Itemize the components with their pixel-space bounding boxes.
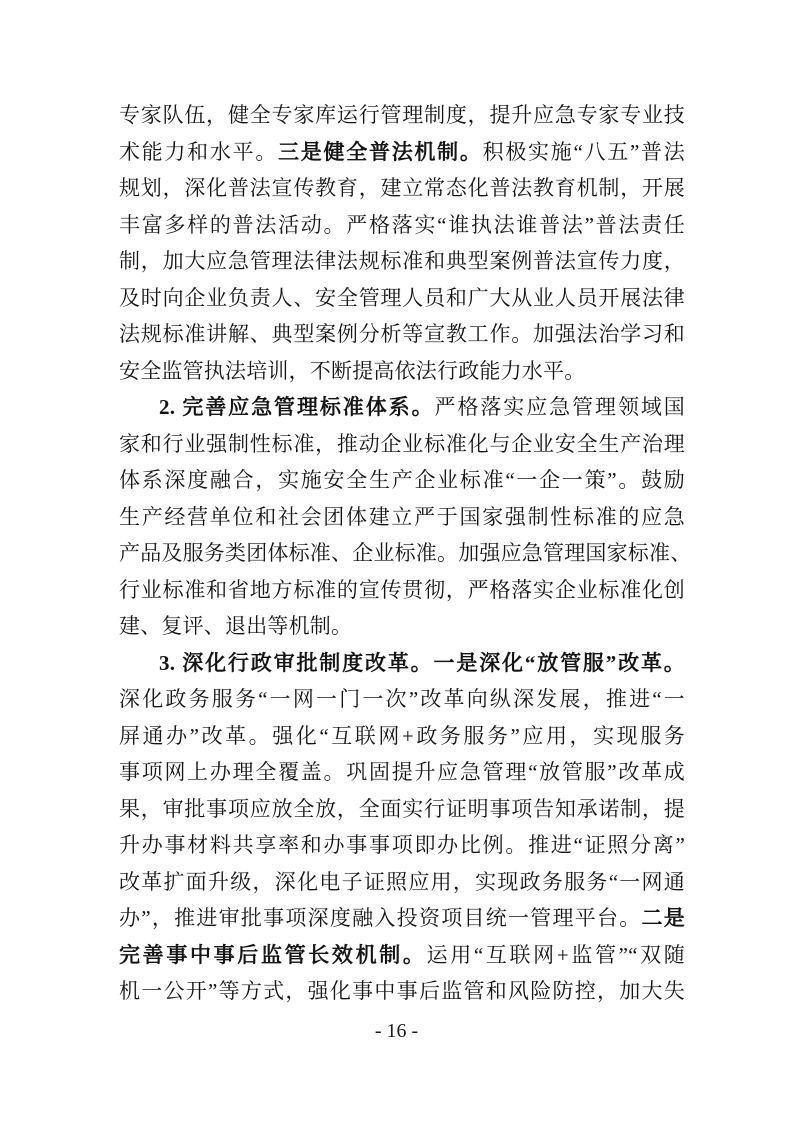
page-number: - 16 - bbox=[0, 1019, 793, 1043]
bold-text-run: 三是健全普法机制。 bbox=[278, 140, 483, 164]
text-line: 体系深度融合，实施安全生产企业标准“一企一策”。鼓励 bbox=[119, 462, 685, 499]
text-run: 产品及服务类团体标准、企业标准。加强应急管理国家标准、 bbox=[119, 541, 691, 565]
text-line: 2. 完善应急管理标准体系。严格落实应急管理领域国 bbox=[119, 389, 685, 426]
text-line: 机一公开”等方式，强化事中事后监管和风险防控，加大失 bbox=[119, 973, 685, 1010]
text-line: 术能力和水平。三是健全普法机制。积极实施“八五”普法 bbox=[119, 134, 685, 171]
text-run: 术能力和水平。 bbox=[119, 140, 278, 164]
text-run: 规划，深化普法宣传教育，建立常态化普法教育机制，开展 bbox=[119, 176, 685, 200]
text-run: 丰富多样的普法活动。严格落实“谁执法谁普法”普法责任 bbox=[119, 213, 685, 237]
text-line: 事项网上办理全覆盖。巩固提升应急管理“放管服”改革成 bbox=[119, 754, 685, 791]
text-line: 专家队伍，健全专家库运行管理制度，提升应急专家专业技 bbox=[119, 97, 685, 134]
text-line: 及时向企业负责人、安全管理人员和广大从业人员开展法律 bbox=[119, 280, 685, 317]
text-run: 屏通办”改革。强化“互联网+政务服务”应用，实现服务 bbox=[119, 724, 685, 748]
text-run: 严格落实应急管理领域国 bbox=[435, 395, 685, 419]
text-run: 法规标准讲解、典型案例分析等宣教工作。加强法治学习和 bbox=[119, 322, 685, 346]
text-run: 积极实施“八五”普法 bbox=[483, 140, 685, 164]
text-run: 生产经营单位和社会团体建立严于国家强制性标准的应急 bbox=[119, 505, 685, 529]
text-line: 生产经营单位和社会团体建立严于国家强制性标准的应急 bbox=[119, 499, 685, 536]
text-run: 深化政务服务“一网一门一次”改革向纵深发展，推进“一 bbox=[119, 687, 685, 711]
text-line: 屏通办”改革。强化“互联网+政务服务”应用，实现服务 bbox=[119, 718, 685, 755]
text-run: 机一公开”等方式，强化事中事后监管和风险防控，加大失 bbox=[119, 979, 685, 1003]
text-run: 运用“互联网+监管”“双随 bbox=[427, 943, 685, 967]
text-run: 安全监管执法培训，不断提高依法行政能力水平。 bbox=[119, 359, 585, 383]
text-line: 丰富多样的普法活动。严格落实“谁执法谁普法”普法责任 bbox=[119, 207, 685, 244]
text-line: 完善事中事后监管长效机制。运用“互联网+监管”“双随 bbox=[119, 937, 685, 974]
text-line: 升办事材料共享率和办事事项即办比例。推进“证照分离” bbox=[119, 827, 685, 864]
text-run: 升办事材料共享率和办事事项即办比例。推进“证照分离” bbox=[119, 833, 685, 857]
bold-text-run: 3. 深化行政审批制度改革。一是深化“放管服”改革。 bbox=[159, 651, 685, 675]
text-run: 专家队伍，健全专家库运行管理制度，提升应急专家专业技 bbox=[119, 103, 685, 127]
text-line: 产品及服务类团体标准、企业标准。加强应急管理国家标准、 bbox=[119, 535, 685, 572]
text-run: 办”，推进审批事项深度融入投资项目统一管理平台。 bbox=[119, 906, 642, 930]
text-line: 建、复评、退出等机制。 bbox=[119, 608, 685, 645]
text-line: 3. 深化行政审批制度改革。一是深化“放管服”改革。 bbox=[119, 645, 685, 682]
text-run: 体系深度融合，实施安全生产企业标准“一企一策”。鼓励 bbox=[119, 468, 685, 492]
text-run: 改革扩面升级，深化电子证照应用，实现政务服务“一网通 bbox=[119, 870, 685, 894]
text-line: 行业标准和省地方标准的宣传贯彻，严格落实企业标准化创 bbox=[119, 572, 685, 609]
text-line: 安全监管执法培训，不断提高依法行政能力水平。 bbox=[119, 353, 685, 390]
text-run: 果，审批事项应放全放，全面实行证明事项告知承诺制，提 bbox=[119, 797, 685, 821]
text-line: 果，审批事项应放全放，全面实行证明事项告知承诺制，提 bbox=[119, 791, 685, 828]
text-line: 家和行业强制性标准，推动企业标准化与企业安全生产治理 bbox=[119, 426, 685, 463]
document-page: 专家队伍，健全专家库运行管理制度，提升应急专家专业技术能力和水平。三是健全普法机… bbox=[0, 0, 793, 1122]
bold-text-run: 二是 bbox=[642, 906, 685, 930]
text-run: 制，加大应急管理法律法规标准和典型案例普法宣传力度， bbox=[119, 249, 685, 273]
bold-text-run: 2. 完善应急管理标准体系。 bbox=[159, 395, 435, 419]
document-body: 专家队伍，健全专家库运行管理制度，提升应急专家专业技术能力和水平。三是健全普法机… bbox=[119, 97, 685, 1010]
text-run: 建、复评、退出等机制。 bbox=[119, 614, 352, 638]
text-run: 事项网上办理全覆盖。巩固提升应急管理“放管服”改革成 bbox=[119, 760, 685, 784]
text-line: 深化政务服务“一网一门一次”改革向纵深发展，推进“一 bbox=[119, 681, 685, 718]
text-line: 办”，推进审批事项深度融入投资项目统一管理平台。二是 bbox=[119, 900, 685, 937]
text-line: 制，加大应急管理法律法规标准和典型案例普法宣传力度， bbox=[119, 243, 685, 280]
text-run: 行业标准和省地方标准的宣传贯彻，严格落实企业标准化创 bbox=[119, 578, 685, 602]
bold-text-run: 完善事中事后监管长效机制。 bbox=[119, 943, 427, 967]
text-line: 法规标准讲解、典型案例分析等宣教工作。加强法治学习和 bbox=[119, 316, 685, 353]
text-line: 规划，深化普法宣传教育，建立常态化普法教育机制，开展 bbox=[119, 170, 685, 207]
text-run: 及时向企业负责人、安全管理人员和广大从业人员开展法律 bbox=[119, 286, 685, 310]
text-line: 改革扩面升级，深化电子证照应用，实现政务服务“一网通 bbox=[119, 864, 685, 901]
text-run: 家和行业强制性标准，推动企业标准化与企业安全生产治理 bbox=[119, 432, 685, 456]
